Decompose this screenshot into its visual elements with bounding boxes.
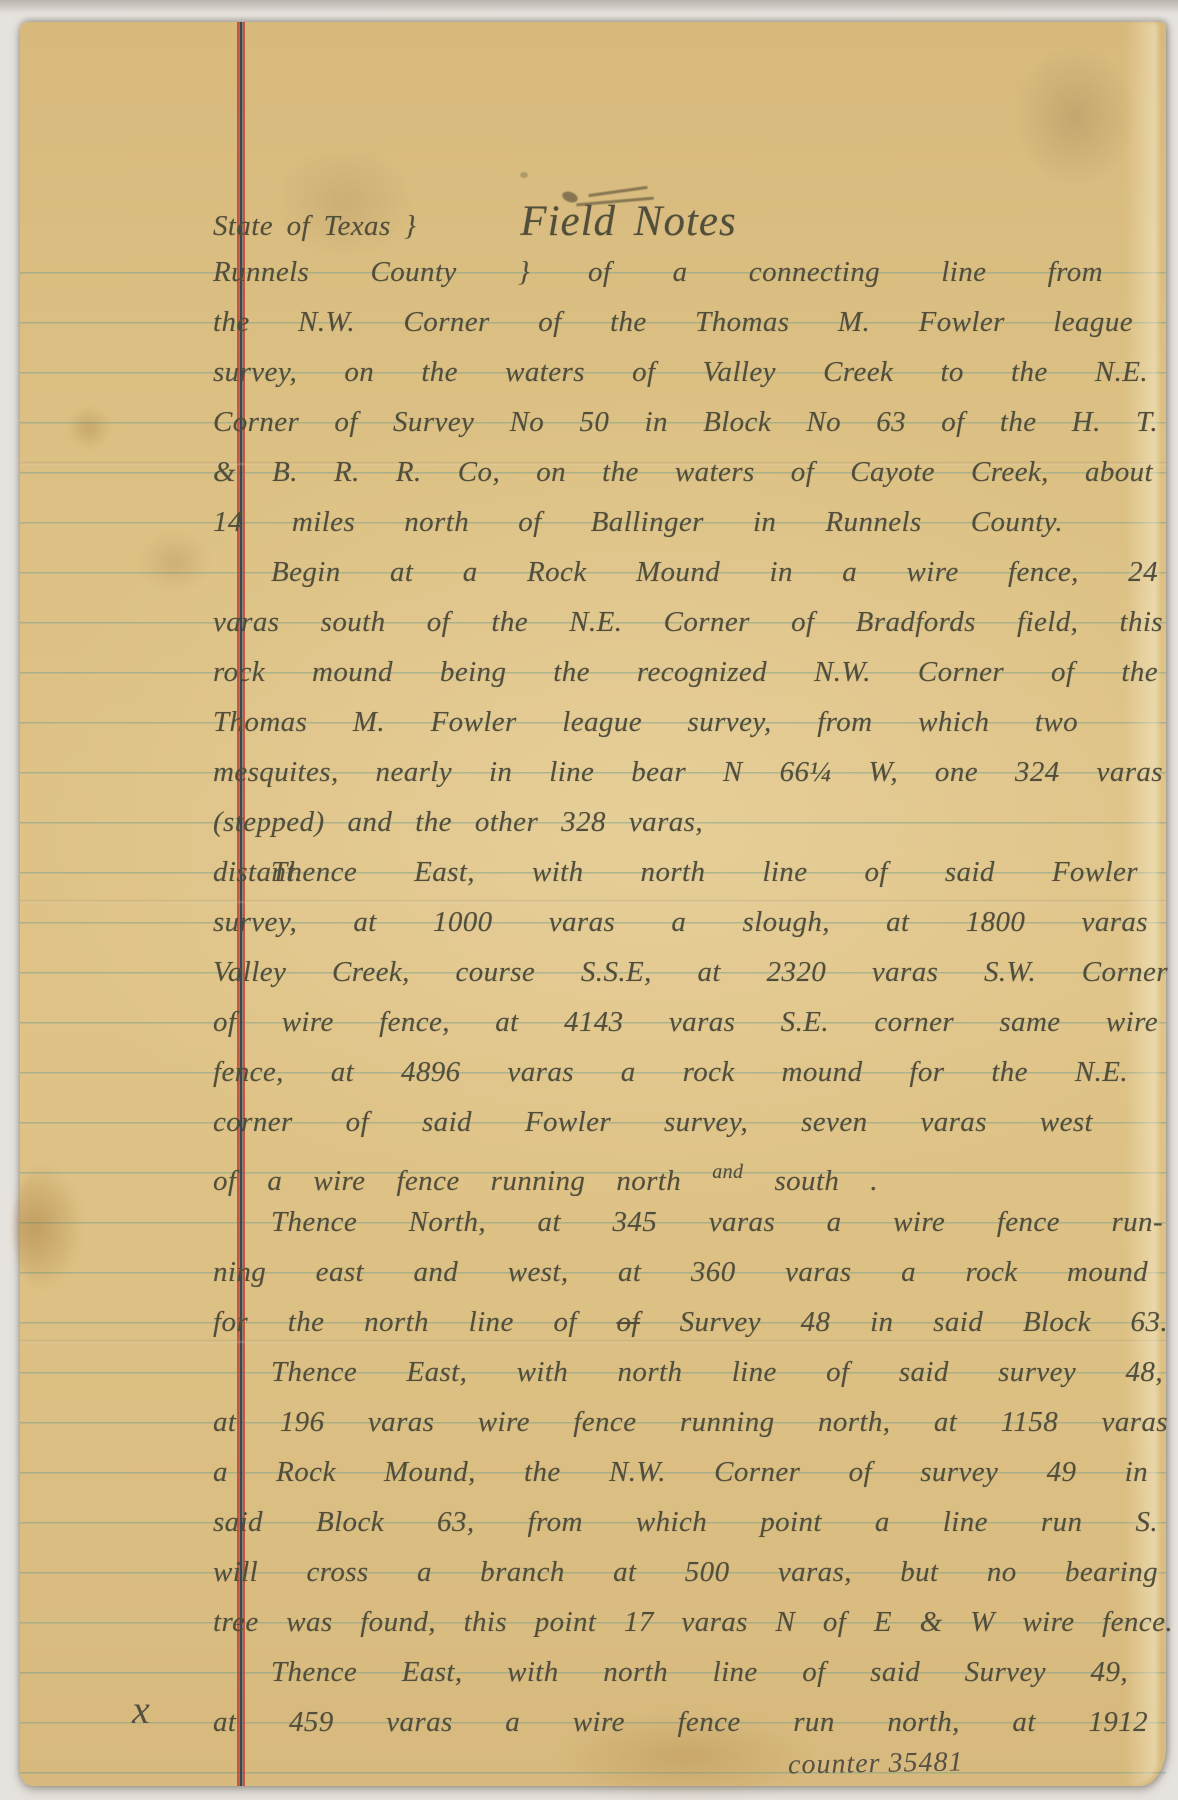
text-line: survey, on the waters of Valley Creek to… [213, 347, 1148, 397]
text-segment: tree was found, this point 17 varas N of… [213, 1606, 1173, 1638]
paper-sheet: State of Texas }Field NotesRunnels Count… [20, 22, 1166, 1786]
text-line: Runnels County }of a connecting line fro… [213, 247, 1103, 297]
text-line: Thomas M. Fowler league survey, from whi… [213, 697, 1078, 747]
text-segment: and [712, 1161, 743, 1183]
text-line: Valley Creek, course S.S.E, at 2320 vara… [213, 947, 1168, 997]
text-line: survey, at 1000 varas a slough, at 1800 … [213, 897, 1148, 947]
text-segment: & B. R. R. Co, on the waters of Cayote C… [213, 456, 1153, 488]
text-line: for the north line of of Survey 48 in sa… [213, 1297, 1168, 1347]
counter-annotation: counter 35481 [788, 1746, 964, 1781]
text-line: of a wire fence running north and south … [213, 1147, 878, 1197]
text-line: Thence East, with north line of said sur… [213, 1347, 1163, 1397]
text-segment: survey, on the waters of Valley Creek to… [213, 356, 1148, 388]
text-segment: Thence East, with north line of said Sur… [271, 1656, 1128, 1688]
text-segment: at 196 varas wire fence running north, a… [213, 1406, 1168, 1438]
text-line: (stepped) and the other 328 varas, dista… [213, 797, 703, 847]
text-line: & B. R. R. Co, on the waters of Cayote C… [213, 447, 1153, 497]
text-segment: the N.W. Corner of the Thomas M. Fowler … [213, 306, 1133, 338]
text-line: Begin at a Rock Mound in a wire fence, 2… [213, 547, 1158, 597]
margin-check-mark: x [132, 1686, 150, 1733]
text-line: varas south of the N.E. Corner of Bradfo… [213, 597, 1163, 647]
text-segment: for the north line of [213, 1306, 617, 1338]
text-segment: south . [743, 1165, 878, 1197]
text-segment: survey, at 1000 varas a slough, at 1800 … [213, 906, 1148, 938]
text-line: of wire fence, at 4143 varas S.E. corner… [213, 997, 1158, 1047]
text-segment: rock mound being the recognized N.W. Cor… [213, 656, 1158, 688]
text-line: said Block 63, from which point a line r… [213, 1497, 1158, 1547]
text-segment: of [617, 1306, 640, 1338]
text-segment: Runnels County } [213, 256, 530, 288]
text-segment: ning east and west, at 360 varas a rock … [213, 1256, 1148, 1288]
text-segment: Survey 48 in said Block 63. [640, 1306, 1168, 1338]
text-segment: of a wire fence running north [213, 1165, 712, 1197]
text-line: Corner of Survey No 50 in Block No 63 of… [213, 397, 1158, 447]
text-segment: Thence North, at 345 varas a wire fence … [271, 1206, 1163, 1238]
text-line: at 196 varas wire fence running north, a… [213, 1397, 1168, 1447]
text-segment: fence, at 4896 varas a rock mound for th… [213, 1056, 1128, 1088]
text-line: tree was found, this point 17 varas N of… [213, 1597, 1173, 1647]
text-line: the N.W. Corner of the Thomas M. Fowler … [213, 297, 1133, 347]
text-line: Thence East, with north line of said Sur… [213, 1647, 1128, 1697]
text-line: will cross a branch at 500 varas, but no… [213, 1547, 1158, 1597]
text-line: rock mound being the recognized N.W. Cor… [213, 647, 1158, 697]
text-segment: mesquites, nearly in line bear N 66¼ W, … [213, 756, 1163, 788]
text-line: at 459 varas a wire fence run north, at … [213, 1697, 1148, 1747]
text-segment: of a connecting line from [588, 256, 1103, 288]
text-segment: 14 miles north of Ballinger in Runnels C… [213, 506, 1063, 538]
text-segment: Corner of Survey No 50 in Block No 63 of… [213, 406, 1158, 438]
scanned-document-page: { "document": { "kind": "handwritten sur… [0, 0, 1178, 1800]
handwritten-text: State of Texas }Field NotesRunnels Count… [213, 197, 1178, 1747]
text-line: mesquites, nearly in line bear N 66¼ W, … [213, 747, 1163, 797]
text-segment: a Rock Mound, the N.W. Corner of survey … [213, 1456, 1148, 1488]
text-line: ning east and west, at 360 varas a rock … [213, 1247, 1148, 1297]
stain-blotch [1010, 42, 1140, 192]
text-segment: Thence East, with north line of said Fow… [271, 856, 1138, 888]
text-line: corner of said Fowler survey, seven vara… [213, 1097, 1093, 1147]
text-segment: Field Notes [520, 198, 736, 245]
text-segment: State of Texas } [213, 210, 416, 242]
text-line: Thence East, with north line of said Fow… [213, 847, 1138, 897]
text-segment: Thence East, with north line of said sur… [271, 1356, 1163, 1388]
text-line: Thence North, at 345 varas a wire fence … [213, 1197, 1163, 1247]
text-line: a Rock Mound, the N.W. Corner of survey … [213, 1447, 1148, 1497]
ink-smudge [588, 186, 648, 197]
text-segment: will cross a branch at 500 varas, but no… [213, 1556, 1158, 1588]
ink-smudge [520, 172, 528, 178]
text-segment: Thomas M. Fowler league survey, from whi… [213, 706, 1078, 738]
text-segment: Begin at a Rock Mound in a wire fence, 2… [271, 556, 1158, 588]
text-line: State of Texas }Field Notes [213, 197, 1158, 247]
text-line: fence, at 4896 varas a rock mound for th… [213, 1047, 1128, 1097]
text-segment: varas south of the N.E. Corner of Bradfo… [213, 606, 1163, 638]
text-line: 14 miles north of Ballinger in Runnels C… [213, 497, 1063, 547]
text-segment: Valley Creek, course S.S.E, at 2320 vara… [213, 956, 1168, 988]
text-segment: said Block 63, from which point a line r… [213, 1506, 1158, 1538]
text-segment: at 459 varas a wire fence run north, at … [213, 1706, 1148, 1738]
text-segment: corner of said Fowler survey, seven vara… [213, 1106, 1093, 1138]
text-segment: of wire fence, at 4143 varas S.E. corner… [213, 1006, 1158, 1038]
